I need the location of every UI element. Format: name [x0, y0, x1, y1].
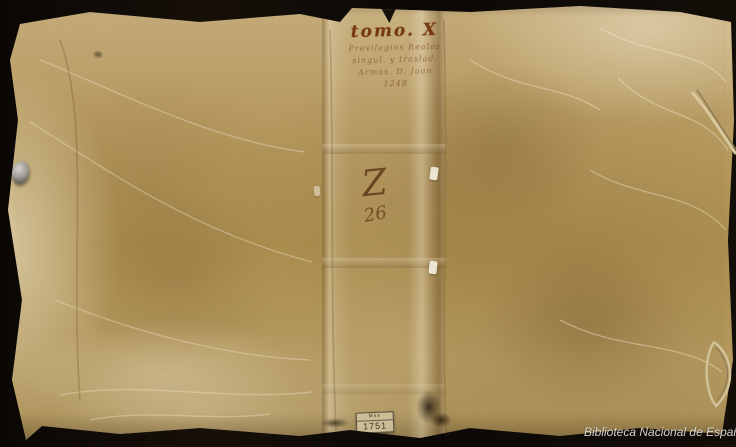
- parchment-stain: [470, 240, 700, 410]
- shelf-label-number: 1751: [357, 420, 393, 433]
- spine-title-inscription: tomo. X Previlegios Reales singul. y tra…: [333, 18, 457, 91]
- sewing-support-ridge: [322, 258, 446, 268]
- metal-stud: [10, 159, 31, 185]
- ink-smudge: [430, 412, 452, 428]
- shelfmark-number: 26: [363, 204, 389, 226]
- ink-smudge: [92, 50, 104, 59]
- sewing-stitch: [428, 261, 437, 275]
- shelfmark-letter: Z: [360, 165, 389, 203]
- spine-title-line: tomo. X: [333, 18, 456, 43]
- institution-watermark: Biblioteca Nacional de España: [584, 425, 736, 439]
- parchment-stain: [60, 180, 290, 370]
- library-shelf-label: Mss 1751: [356, 411, 395, 434]
- sewing-stitch: [313, 186, 320, 197]
- ink-smudge: [320, 418, 350, 428]
- parchment-cover: tomo. X Previlegios Reales singul. y tra…: [0, 0, 736, 447]
- photo-scene: tomo. X Previlegios Reales singul. y tra…: [0, 0, 736, 447]
- sewing-support-ridge: [322, 144, 446, 154]
